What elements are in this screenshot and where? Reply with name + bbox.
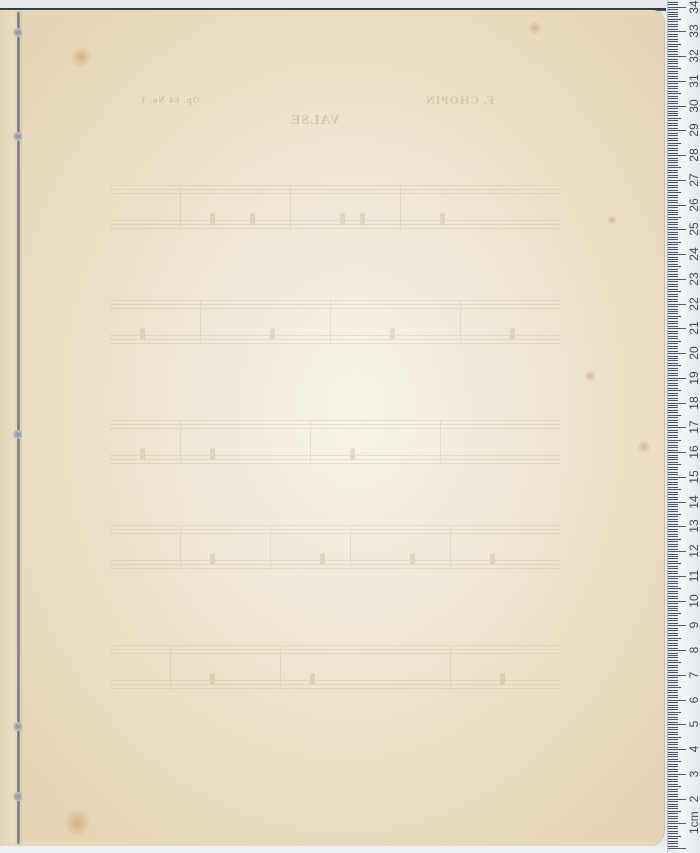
- ruler-tick: [668, 328, 686, 329]
- ruler-tick: [668, 200, 678, 201]
- ruler-tick: [668, 432, 678, 433]
- ruler-label: 24: [687, 243, 700, 265]
- ruler-tick: [668, 412, 678, 413]
- ruler-tick: [668, 247, 678, 248]
- ruler-tick: [668, 568, 678, 569]
- ruler-tick: [668, 14, 678, 15]
- ruler-tick: [668, 333, 678, 334]
- ruler-tick: [668, 494, 678, 495]
- ruler-label: 4: [687, 738, 700, 760]
- ruler-label: 5: [687, 713, 700, 735]
- ruler-tick: [668, 44, 681, 45]
- ruler-tick: [668, 274, 678, 275]
- ruler-tick: [668, 660, 678, 661]
- ruler-tick: [668, 450, 678, 451]
- ruler-tick: [668, 264, 678, 265]
- bleed-staff-system: [110, 400, 560, 490]
- bleed-staff-system: [110, 625, 560, 715]
- ruler-tick: [668, 618, 678, 619]
- ruler-tick: [668, 133, 678, 134]
- ruler-tick: [668, 36, 678, 37]
- ruler-label: 34: [687, 0, 700, 18]
- ruler-tick: [668, 31, 686, 32]
- ruler-tick: [668, 764, 678, 765]
- ruler-label: 1cm: [687, 812, 700, 834]
- ruler-tick: [668, 128, 678, 129]
- ruler-tick: [668, 301, 678, 302]
- ruler-tick: [668, 388, 678, 389]
- ruler-label: 27: [687, 169, 700, 191]
- ruler-tick: [668, 19, 681, 20]
- ruler-tick: [668, 492, 678, 493]
- ruler-tick: [668, 417, 678, 418]
- ruler-tick: [668, 76, 678, 77]
- ruler-tick: [668, 242, 681, 243]
- ruler-tick: [668, 353, 686, 354]
- ruler-tick: [668, 836, 681, 837]
- ruler-tick: [668, 556, 678, 557]
- ruler-tick: [668, 551, 686, 552]
- foxing-spot: [637, 440, 651, 454]
- ruler-tick: [668, 316, 681, 317]
- ruler-tick: [668, 774, 686, 775]
- ruler-tick: [668, 459, 678, 460]
- ruler-tick: [668, 457, 678, 458]
- ruler-tick: [668, 368, 678, 369]
- ruler-tick: [668, 398, 678, 399]
- ruler-tick: [668, 252, 678, 253]
- ruler-label: 23: [687, 268, 700, 290]
- ruler-tick: [668, 289, 678, 290]
- ruler-tick: [668, 93, 681, 94]
- ruler-tick: [668, 380, 678, 381]
- ruler-tick: [668, 261, 678, 262]
- ruler-tick: [668, 108, 678, 109]
- ruler-tick: [668, 596, 678, 597]
- ruler-label: 33: [687, 20, 700, 42]
- ruler-tick: [668, 400, 678, 401]
- ruler-tick: [668, 737, 681, 738]
- ruler-tick: [668, 662, 681, 663]
- ruler-tick: [668, 509, 678, 510]
- ruler-label: 20: [687, 342, 700, 364]
- ruler-tick: [668, 39, 678, 40]
- ruler-tick: [668, 489, 681, 490]
- ruler-tick: [668, 816, 678, 817]
- ruler-tick: [668, 214, 678, 215]
- ruler-tick: [668, 648, 678, 649]
- ruler-tick: [668, 291, 681, 292]
- ruler-tick: [668, 41, 678, 42]
- ruler-tick: [668, 271, 678, 272]
- ruler-tick: [668, 591, 678, 592]
- bleed-staff-system: [110, 165, 560, 255]
- ruler-tick: [668, 385, 678, 386]
- ruler-tick: [668, 98, 678, 99]
- ruler-tick: [668, 771, 678, 772]
- ruler-tick: [668, 175, 678, 176]
- ruler-tick: [668, 759, 678, 760]
- ruler-tick: [668, 789, 678, 790]
- ruler-tick: [668, 358, 678, 359]
- ruler-label: 30: [687, 95, 700, 117]
- ruler-tick: [668, 534, 678, 535]
- ruler-tick: [668, 115, 678, 116]
- ruler-tick: [668, 593, 678, 594]
- ruler-tick: [668, 63, 678, 64]
- ruler-tick: [668, 687, 681, 688]
- ruler-tick: [668, 145, 678, 146]
- ruler-label: 8: [687, 639, 700, 661]
- ruler-tick: [668, 224, 678, 225]
- ruler-tick: [668, 205, 686, 206]
- ruler-tick: [668, 351, 678, 352]
- ruler-tick: [668, 581, 678, 582]
- ruler-tick: [668, 801, 678, 802]
- ruler-tick: [668, 672, 678, 673]
- ruler-tick: [668, 422, 678, 423]
- ruler-tick: [668, 190, 678, 191]
- ruler-tick: [668, 638, 681, 639]
- ruler-tick: [668, 59, 678, 60]
- ruler-tick: [668, 558, 678, 559]
- ruler-tick: [668, 363, 678, 364]
- ruler-tick: [668, 318, 678, 319]
- ruler-tick: [668, 212, 678, 213]
- ruler-label: 21: [687, 317, 700, 339]
- ruler-tick: [668, 838, 678, 839]
- ruler-tick: [668, 113, 678, 114]
- ruler-tick: [668, 608, 678, 609]
- ruler-tick: [668, 54, 678, 55]
- ruler-tick: [668, 425, 678, 426]
- ruler-tick: [668, 794, 678, 795]
- ruler-tick: [668, 78, 678, 79]
- ruler-tick: [668, 806, 678, 807]
- foxing-spot: [62, 810, 92, 836]
- ruler-tick: [668, 727, 678, 728]
- ruler-tick: [668, 106, 686, 107]
- ruler-tick: [668, 742, 678, 743]
- ruler-tick: [668, 447, 678, 448]
- ruler-tick: [668, 452, 686, 453]
- ruler-label: 9: [687, 614, 700, 636]
- ruler-tick: [668, 675, 686, 676]
- ruler-tick: [668, 640, 678, 641]
- ruler-tick: [668, 479, 678, 480]
- ruler-tick: [668, 111, 678, 112]
- ruler-tick: [668, 469, 678, 470]
- ruler-tick: [668, 665, 678, 666]
- ruler-tick: [668, 323, 678, 324]
- ruler-tick: [668, 269, 678, 270]
- bleed-staff-system: [110, 280, 560, 370]
- ruler-tick: [668, 531, 678, 532]
- ruler-label: 32: [687, 45, 700, 67]
- ruler-tick: [668, 356, 678, 357]
- ruler-tick: [668, 71, 678, 72]
- ruler-tick: [668, 180, 686, 181]
- ruler-tick: [668, 791, 678, 792]
- bleed-composer: F. CHOPIN: [425, 93, 494, 108]
- ruler-tick: [668, 709, 678, 710]
- ruler-tick: [668, 185, 678, 186]
- ruler-tick: [668, 304, 686, 305]
- ruler-tick: [668, 776, 678, 777]
- ruler-tick: [668, 571, 678, 572]
- ruler-label: 17: [687, 416, 700, 438]
- ruler-tick: [668, 46, 678, 47]
- ruler-tick: [668, 321, 678, 322]
- ruler-tick: [668, 766, 678, 767]
- ruler-tick: [668, 682, 678, 683]
- ruler-tick: [668, 21, 678, 22]
- foxing-spot: [527, 22, 543, 34]
- ruler-tick: [668, 207, 678, 208]
- ruler-tick: [668, 405, 678, 406]
- ruler-tick: [668, 804, 678, 805]
- ruler-tick: [668, 259, 678, 260]
- ruler-label: 18: [687, 392, 700, 414]
- ruler-tick: [668, 467, 678, 468]
- ruler-tick: [668, 12, 678, 13]
- ruler-label: 16: [687, 441, 700, 463]
- ruler-tick: [668, 234, 678, 235]
- ruler-tick: [668, 754, 678, 755]
- ruler-label: 22: [687, 293, 700, 315]
- ruler-tick: [668, 719, 678, 720]
- ruler-tick: [668, 257, 678, 258]
- ruler-tick: [668, 712, 681, 713]
- ruler-tick: [668, 707, 678, 708]
- ruler-tick: [668, 799, 686, 800]
- ruler-tick: [668, 833, 678, 834]
- foxing-spot: [70, 46, 92, 68]
- ruler-tick: [668, 167, 681, 168]
- ruler-tick: [668, 445, 678, 446]
- ruler-tick: [668, 506, 678, 507]
- ruler-tick: [668, 811, 681, 812]
- ruler-tick: [668, 120, 678, 121]
- ruler-tick: [668, 276, 678, 277]
- ruler-tick: [668, 826, 678, 827]
- ruler-label: 13: [687, 515, 700, 537]
- ruler-tick: [668, 440, 681, 441]
- bleed-opus: Op. 64 No. 1: [140, 95, 200, 105]
- ruler-tick: [668, 390, 681, 391]
- ruler-tick: [668, 657, 678, 658]
- ruler-tick: [668, 643, 678, 644]
- ruler-tick: [668, 603, 678, 604]
- ruler-tick: [668, 455, 678, 456]
- ruler-tick: [668, 125, 678, 126]
- ruler-tick: [668, 442, 678, 443]
- ruler-label: 28: [687, 144, 700, 166]
- ruler-tick: [668, 784, 678, 785]
- ruler-tick: [668, 239, 678, 240]
- ruler-label: 12: [687, 540, 700, 562]
- ruler-tick: [668, 717, 678, 718]
- ruler-tick: [668, 650, 686, 651]
- ruler-tick: [668, 625, 686, 626]
- ruler-tick: [668, 155, 686, 156]
- ruler-tick: [668, 83, 678, 84]
- ruler-tick: [668, 86, 678, 87]
- ruler-tick: [668, 831, 678, 832]
- ruler-tick: [668, 266, 681, 267]
- ruler-tick: [668, 756, 678, 757]
- ruler-tick: [668, 610, 678, 611]
- ruler-tick: [668, 761, 681, 762]
- ruler-tick: [668, 670, 678, 671]
- ruler-tick: [668, 739, 678, 740]
- ruler-tick: [668, 705, 678, 706]
- ruler-tick: [668, 162, 678, 163]
- ruler-tick: [668, 2, 678, 3]
- ruler-tick: [668, 407, 678, 408]
- ruler-tick: [668, 9, 678, 10]
- ruler-tick: [668, 279, 686, 280]
- ruler-tick: [668, 103, 678, 104]
- ruler-tick: [668, 499, 678, 500]
- ruler-tick: [668, 365, 681, 366]
- ruler-tick: [668, 487, 678, 488]
- ruler-tick: [668, 724, 686, 725]
- ruler-tick: [668, 210, 678, 211]
- ruler-tick: [668, 172, 678, 173]
- ruler-tick: [668, 846, 678, 847]
- ruler-tick: [668, 586, 678, 587]
- ruler-tick: [668, 395, 678, 396]
- ruler-tick: [668, 714, 678, 715]
- ruler-tick: [668, 296, 678, 297]
- ruler-tick: [668, 281, 678, 282]
- ruler-tick: [668, 578, 678, 579]
- ruler-tick: [668, 566, 678, 567]
- ruler-tick: [668, 153, 678, 154]
- ruler-tick: [668, 588, 681, 589]
- ruler-tick: [668, 472, 678, 473]
- ruler-tick: [668, 549, 678, 550]
- ruler-tick: [668, 338, 678, 339]
- ruler-tick: [668, 187, 678, 188]
- ruler-label: 14: [687, 491, 700, 513]
- ruler-tick: [668, 286, 678, 287]
- ruler-tick: [668, 227, 678, 228]
- ruler-tick: [668, 808, 678, 809]
- ruler-tick: [668, 4, 678, 5]
- ruler-tick: [668, 749, 686, 750]
- ruler-tick: [668, 138, 678, 139]
- ruler-tick: [668, 464, 681, 465]
- ruler-tick: [668, 695, 678, 696]
- ruler-tick: [668, 222, 678, 223]
- ruler-tick: [668, 26, 678, 27]
- ruler-tick: [668, 195, 678, 196]
- ruler-tick: [668, 249, 678, 250]
- ruler-tick: [668, 219, 678, 220]
- ruler-tick: [668, 848, 686, 849]
- ruler-tick: [668, 370, 678, 371]
- ruler-tick: [668, 732, 678, 733]
- foxing-spot: [607, 215, 617, 225]
- ruler-tick: [668, 544, 678, 545]
- ruler-tick: [668, 306, 678, 307]
- ruler-tick: [668, 217, 681, 218]
- ruler-label: 11: [687, 565, 700, 587]
- ruler-tick: [668, 573, 678, 574]
- ruler-tick: [668, 536, 678, 537]
- ruler-tick: [668, 630, 678, 631]
- ruler-tick: [668, 601, 686, 602]
- ruler-tick: [668, 81, 686, 82]
- ruler-tick: [668, 482, 678, 483]
- ruler-tick: [668, 744, 678, 745]
- ruler-tick: [668, 158, 678, 159]
- ruler-tick: [668, 667, 678, 668]
- ruler-tick: [668, 524, 678, 525]
- ruler-tick: [668, 598, 678, 599]
- ruler-tick: [668, 821, 678, 822]
- ruler-tick: [668, 49, 678, 50]
- ruler-tick: [668, 66, 678, 67]
- ruler-tick: [668, 697, 678, 698]
- ruler-tick: [668, 583, 678, 584]
- ruler-tick: [668, 91, 678, 92]
- ruler-label: 26: [687, 194, 700, 216]
- ruler-tick: [668, 202, 678, 203]
- ruler-tick: [668, 796, 678, 797]
- ruler-tick: [668, 554, 678, 555]
- ruler-tick: [668, 484, 678, 485]
- ruler-tick: [668, 229, 686, 230]
- ruler-tick: [668, 7, 686, 8]
- ruler-tick: [668, 828, 678, 829]
- ruler-tick: [668, 148, 678, 149]
- ruler-tick: [668, 29, 678, 30]
- ruler-tick: [668, 118, 681, 119]
- ruler-label: 29: [687, 119, 700, 141]
- ruler-tick: [668, 474, 678, 475]
- ruler-tick: [668, 516, 678, 517]
- ruler-tick: [668, 182, 678, 183]
- ruler-tick: [668, 375, 678, 376]
- ruler-tick: [668, 284, 678, 285]
- ruler-tick: [668, 430, 678, 431]
- ruler-tick: [668, 68, 681, 69]
- ruler-tick: [668, 410, 678, 411]
- ruler-tick: [668, 734, 678, 735]
- ruler-tick: [668, 747, 678, 748]
- ruler-tick: [668, 843, 678, 844]
- ruler-tick: [668, 497, 678, 498]
- ruler-tick: [668, 685, 678, 686]
- ruler-tick: [668, 680, 678, 681]
- ruler-label: 25: [687, 218, 700, 240]
- ruler-tick: [668, 502, 686, 503]
- ruler-tick: [668, 526, 686, 527]
- ruler-tick: [668, 462, 678, 463]
- ruler-tick: [668, 309, 678, 310]
- ruler-tick: [668, 170, 678, 171]
- ruler-tick: [668, 326, 678, 327]
- ruler-tick: [668, 96, 678, 97]
- ruler-tick: [668, 841, 678, 842]
- ruler-tick: [668, 435, 678, 436]
- ruler-tick: [668, 373, 678, 374]
- ruler-tick: [668, 294, 678, 295]
- ruler-tick: [668, 752, 678, 753]
